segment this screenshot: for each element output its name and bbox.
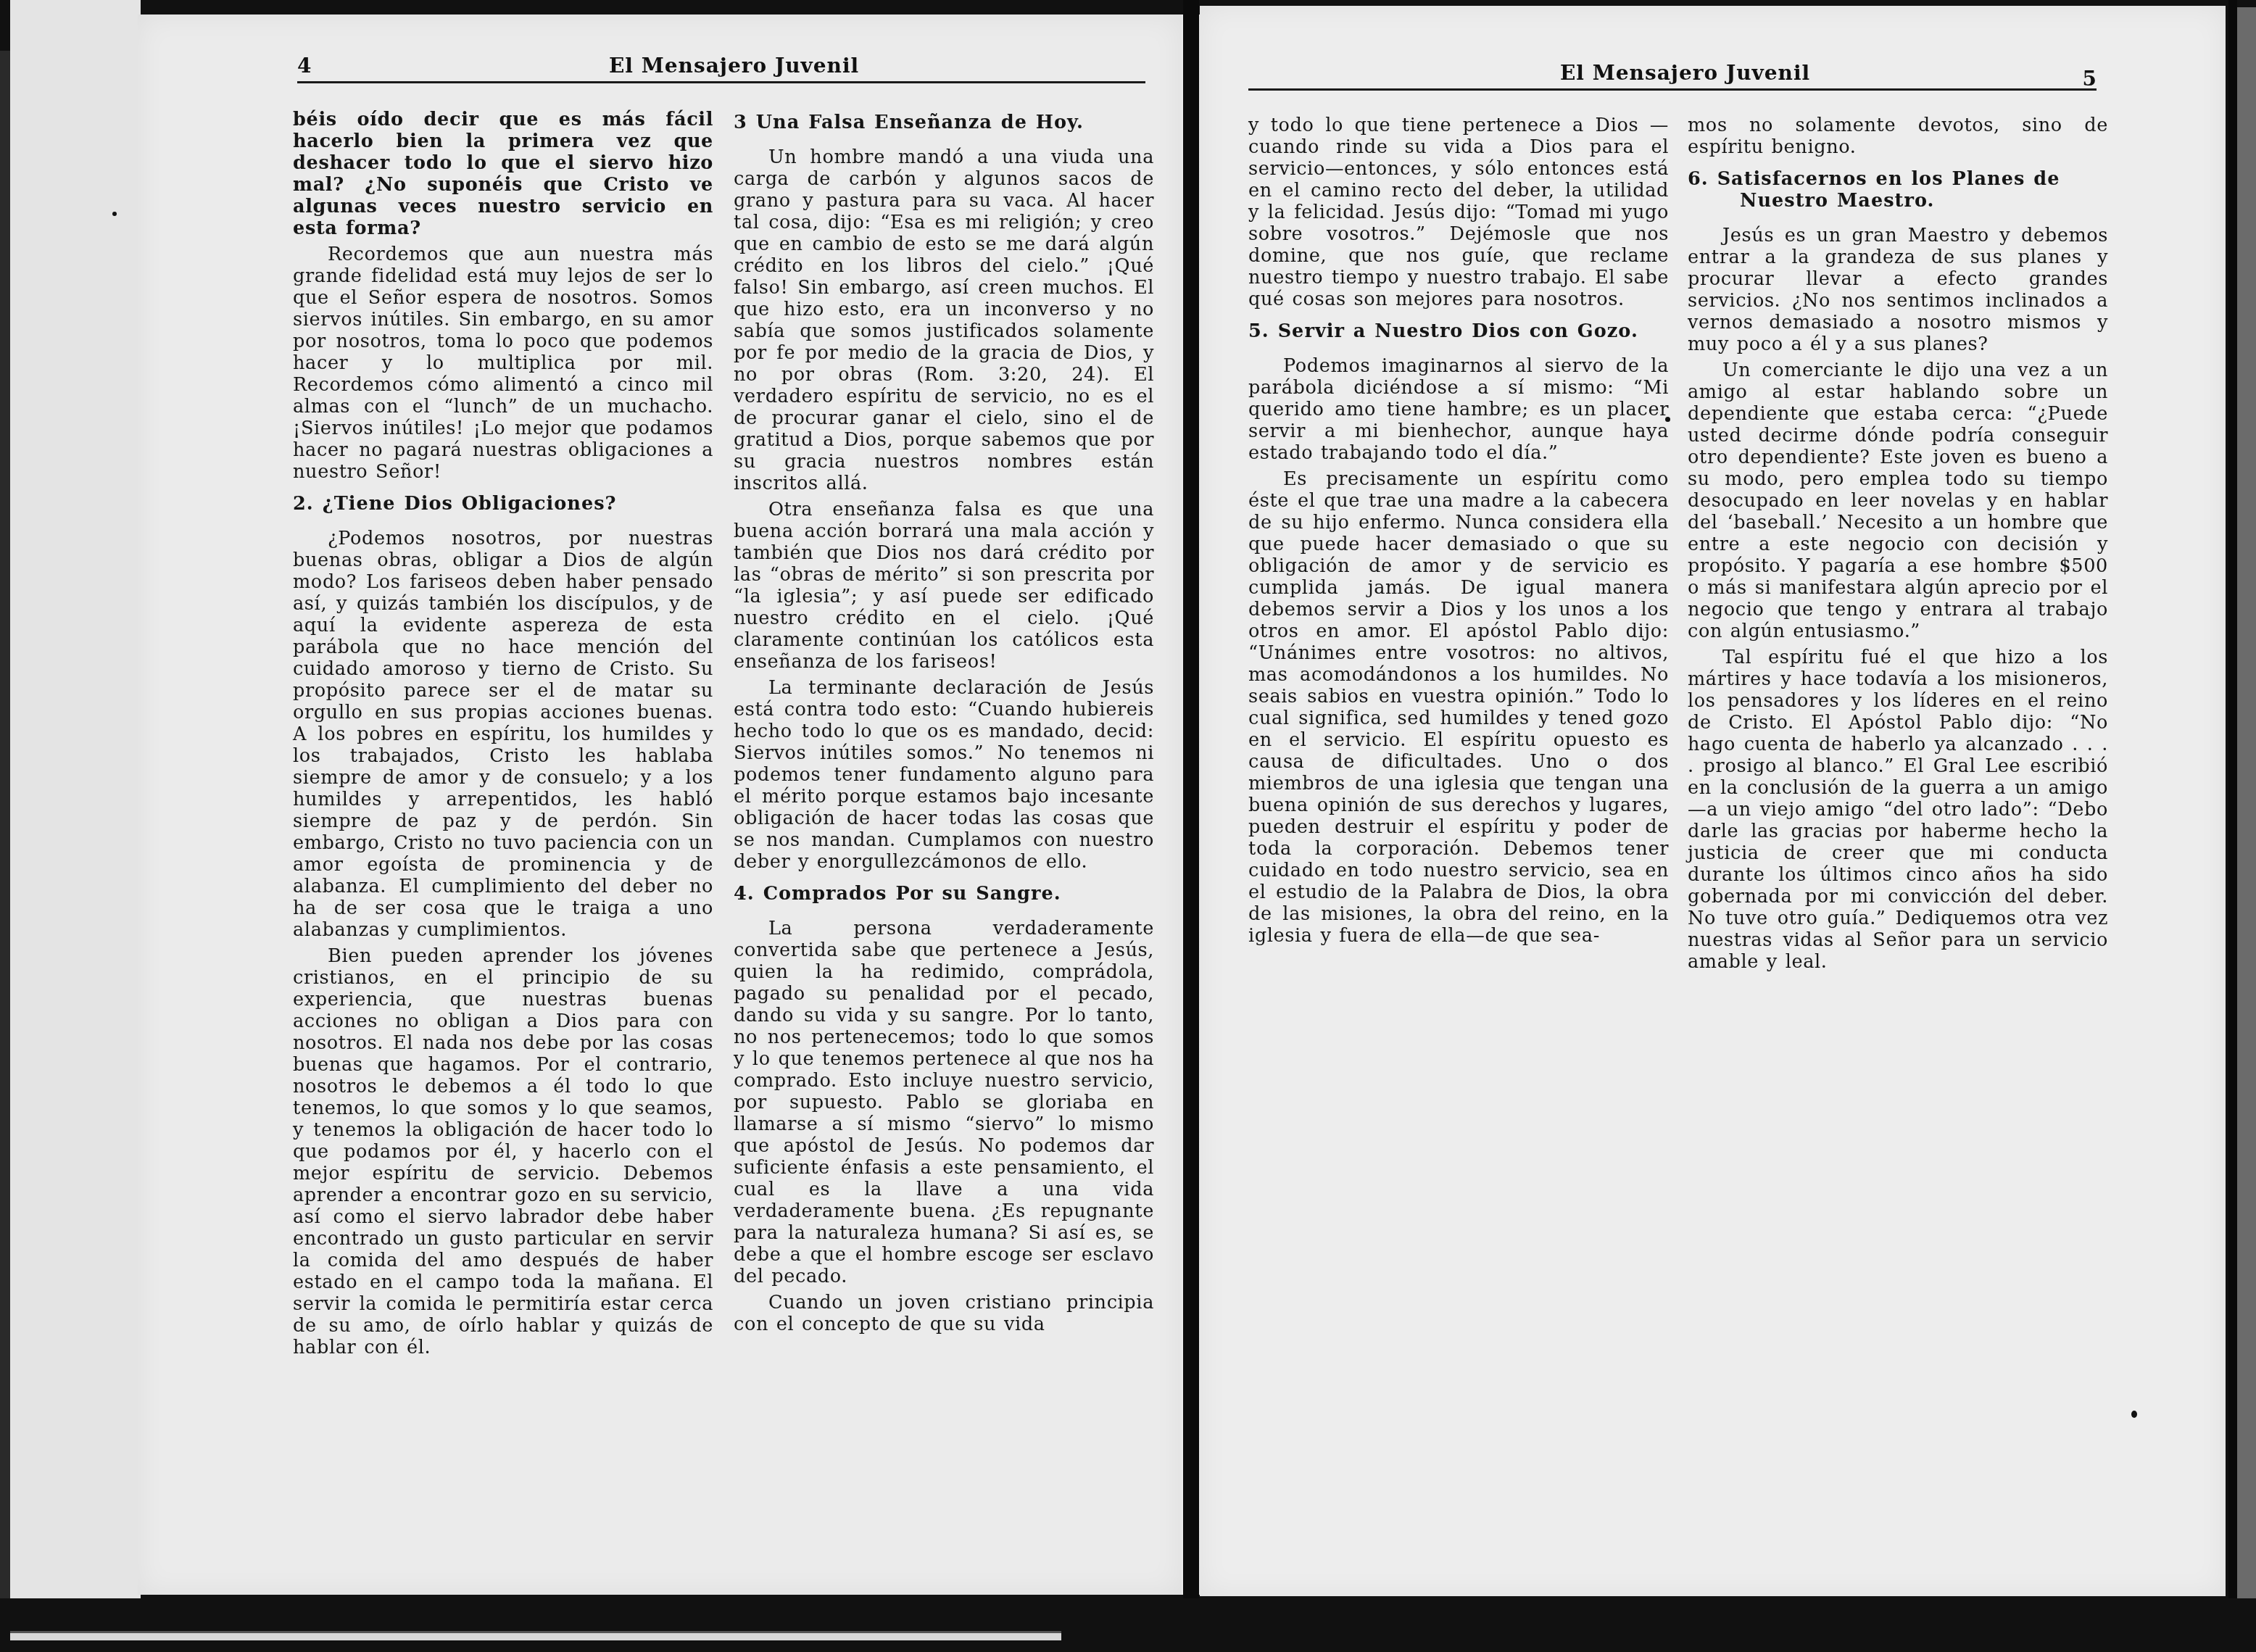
paragraph: mos no solamente devotos, sino de espíri… bbox=[1688, 115, 2108, 158]
section-heading: 5. Servir a Nuestro Dios con Gozo. bbox=[1248, 320, 1669, 342]
paragraph: béis oído decir que es más fácil hacerlo… bbox=[293, 109, 713, 239]
scan-speck bbox=[112, 212, 117, 216]
text-column-1: béis oído decir que es más fácil hacerlo… bbox=[293, 109, 713, 1363]
publication-title: El Mensajero Juvenil bbox=[609, 54, 859, 78]
text-column-2: 3 Una Falsa Enseñanza de Hoy. Un hombre … bbox=[734, 109, 1154, 1340]
section-heading: 4. Comprados Por su Sangre. bbox=[734, 883, 1154, 905]
paragraph: Podemos imaginarnos al siervo de la pará… bbox=[1248, 355, 1669, 464]
underlying-sheet bbox=[10, 0, 141, 1638]
paragraph: La terminante declaración de Jesús está … bbox=[734, 677, 1154, 873]
paragraph: ¿Podemos nosotros, por nuestras buenas o… bbox=[293, 528, 713, 941]
running-head-left: 4 El Mensajero Juvenil bbox=[297, 52, 1145, 83]
publication-title: El Mensajero Juvenil bbox=[1560, 61, 1810, 85]
underlying-sheet-edge bbox=[10, 1631, 1061, 1640]
page-edge-strip bbox=[2237, 7, 2256, 1606]
paragraph: Un hombre mandó a una viuda una carga de… bbox=[734, 146, 1154, 494]
paragraph: Jesús es un gran Maestro y debemos entra… bbox=[1688, 225, 2108, 355]
paragraph: Recordemos que aun nuestra más grande fi… bbox=[293, 244, 713, 483]
scan-border-bottom bbox=[0, 1598, 2256, 1652]
paragraph: Bien pueden aprender los jóvenes cristia… bbox=[293, 945, 713, 1358]
scan-border-right bbox=[2228, 0, 2237, 1606]
section-heading: 2. ¿Tiene Dios Obligaciones? bbox=[293, 493, 713, 515]
text-column-3: y todo lo que tiene pertenece a Dios —cu… bbox=[1248, 115, 1669, 951]
page-number: 5 bbox=[2083, 67, 2097, 91]
paragraph: Cuando un joven cristiano principia con … bbox=[734, 1292, 1154, 1335]
page-number: 4 bbox=[297, 54, 311, 78]
paragraph: Es precisamente un espíritu como éste el… bbox=[1248, 468, 1669, 947]
paragraph: y todo lo que tiene pertenece a Dios —cu… bbox=[1248, 115, 1669, 310]
paragraph: La persona verdaderamente convertida sab… bbox=[734, 918, 1154, 1287]
running-head-right: El Mensajero Juvenil 5 bbox=[1248, 59, 2097, 91]
paragraph: Un comerciante le dijo una vez a un amig… bbox=[1688, 360, 2108, 642]
scan-speck bbox=[2131, 1411, 2137, 1418]
section-heading: 6. Satisfacernos en los Planes de Nuestr… bbox=[1688, 168, 2108, 212]
paragraph: Otra enseñanza falsa es que una buena ac… bbox=[734, 499, 1154, 673]
book-spine bbox=[1183, 0, 1199, 1606]
text-column-4: mos no solamente devotos, sino de espíri… bbox=[1688, 115, 2108, 977]
scan-border-left bbox=[0, 51, 10, 1609]
paragraph: Tal espíritu fué el que hizo a los márti… bbox=[1688, 647, 2108, 973]
section-heading: 3 Una Falsa Enseñanza de Hoy. bbox=[734, 112, 1154, 133]
scan-speck bbox=[1665, 417, 1670, 422]
